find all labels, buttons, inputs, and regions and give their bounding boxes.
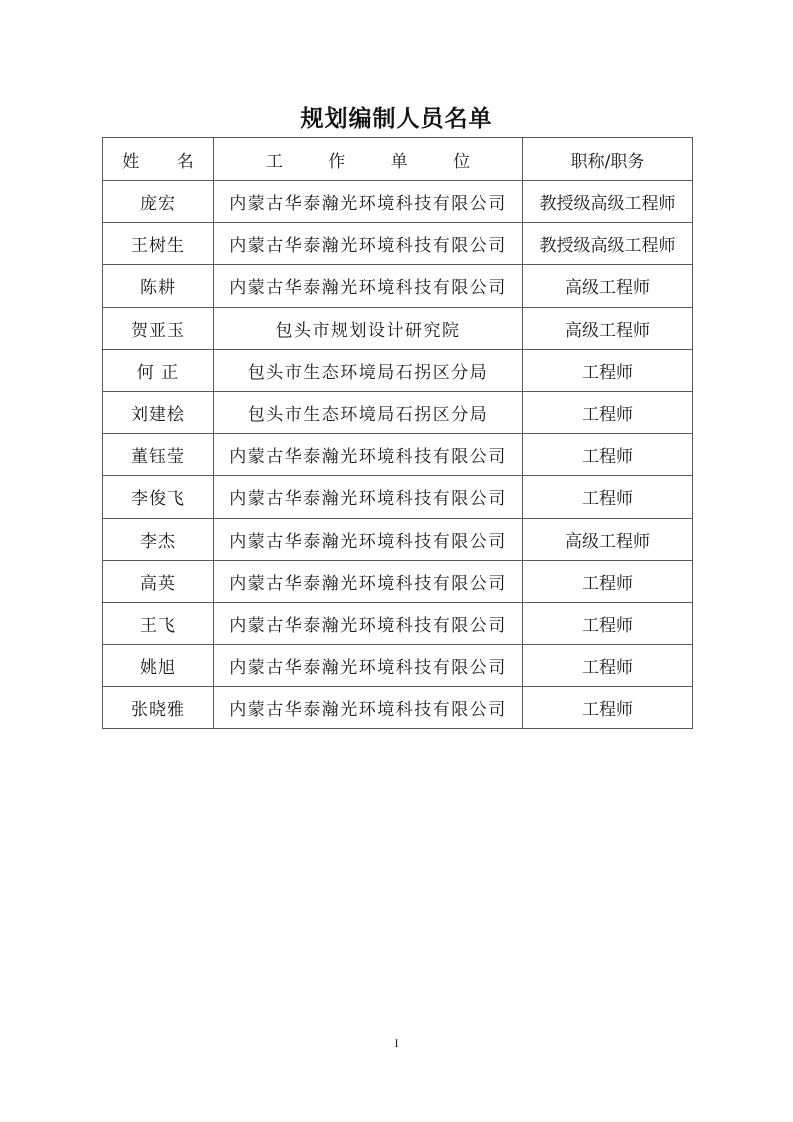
cell-name: 庞宏: [103, 181, 214, 223]
cell-title: 工程师: [523, 349, 693, 391]
cell-title: 高级工程师: [523, 518, 693, 560]
column-header-name: 姓 名: [103, 138, 214, 181]
table-row: 姚旭 内蒙古华泰瀚光环境科技有限公司 工程师: [103, 645, 693, 687]
cell-name: 李杰: [103, 518, 214, 560]
cell-organization: 包头市生态环境局石拐区分局: [214, 391, 523, 433]
cell-title: 工程师: [523, 476, 693, 518]
cell-name: 王树生: [103, 223, 214, 265]
cell-name: 陈耕: [103, 265, 214, 307]
cell-title: 教授级高级工程师: [523, 181, 693, 223]
table-row: 王飞 内蒙古华泰瀚光环境科技有限公司 工程师: [103, 602, 693, 644]
column-header-title: 职称/职务: [523, 138, 693, 181]
page-number: I: [0, 1036, 793, 1051]
cell-title: 工程师: [523, 434, 693, 476]
cell-name: 刘建桧: [103, 391, 214, 433]
cell-organization: 内蒙古华泰瀚光环境科技有限公司: [214, 687, 523, 729]
cell-organization: 内蒙古华泰瀚光环境科技有限公司: [214, 223, 523, 265]
table-row: 庞宏 内蒙古华泰瀚光环境科技有限公司 教授级高级工程师: [103, 181, 693, 223]
cell-name: 王飞: [103, 602, 214, 644]
cell-title: 工程师: [523, 560, 693, 602]
cell-name: 姚旭: [103, 645, 214, 687]
cell-title: 工程师: [523, 645, 693, 687]
column-header-organization: 工 作 单 位: [214, 138, 523, 181]
cell-organization: 包头市生态环境局石拐区分局: [214, 349, 523, 391]
cell-name: 高英: [103, 560, 214, 602]
table-row: 何 正 包头市生态环境局石拐区分局 工程师: [103, 349, 693, 391]
table-row: 王树生 内蒙古华泰瀚光环境科技有限公司 教授级高级工程师: [103, 223, 693, 265]
cell-organization: 内蒙古华泰瀚光环境科技有限公司: [214, 181, 523, 223]
cell-title: 工程师: [523, 602, 693, 644]
cell-organization: 包头市规划设计研究院: [214, 307, 523, 349]
cell-organization: 内蒙古华泰瀚光环境科技有限公司: [214, 476, 523, 518]
cell-title: 工程师: [523, 687, 693, 729]
table-row: 张晓雅 内蒙古华泰瀚光环境科技有限公司 工程师: [103, 687, 693, 729]
cell-name: 张晓雅: [103, 687, 214, 729]
cell-organization: 内蒙古华泰瀚光环境科技有限公司: [214, 602, 523, 644]
cell-title: 高级工程师: [523, 307, 693, 349]
cell-title: 工程师: [523, 391, 693, 433]
cell-name: 何 正: [103, 349, 214, 391]
cell-title: 教授级高级工程师: [523, 223, 693, 265]
cell-organization: 内蒙古华泰瀚光环境科技有限公司: [214, 518, 523, 560]
cell-organization: 内蒙古华泰瀚光环境科技有限公司: [214, 560, 523, 602]
table-row: 高英 内蒙古华泰瀚光环境科技有限公司 工程师: [103, 560, 693, 602]
table-row: 陈耕 内蒙古华泰瀚光环境科技有限公司 高级工程师: [103, 265, 693, 307]
cell-organization: 内蒙古华泰瀚光环境科技有限公司: [214, 434, 523, 476]
cell-organization: 内蒙古华泰瀚光环境科技有限公司: [214, 645, 523, 687]
cell-name: 贺亚玉: [103, 307, 214, 349]
table-row: 贺亚玉 包头市规划设计研究院 高级工程师: [103, 307, 693, 349]
cell-name: 李俊飞: [103, 476, 214, 518]
table-header-row: 姓 名 工 作 单 位 职称/职务: [103, 138, 693, 181]
personnel-table: 姓 名 工 作 单 位 职称/职务 庞宏 内蒙古华泰瀚光环境科技有限公司 教授级…: [102, 137, 693, 729]
table-row: 刘建桧 包头市生态环境局石拐区分局 工程师: [103, 391, 693, 433]
cell-organization: 内蒙古华泰瀚光环境科技有限公司: [214, 265, 523, 307]
table-row: 董钰莹 内蒙古华泰瀚光环境科技有限公司 工程师: [103, 434, 693, 476]
cell-name: 董钰莹: [103, 434, 214, 476]
cell-title: 高级工程师: [523, 265, 693, 307]
table-row: 李俊飞 内蒙古华泰瀚光环境科技有限公司 工程师: [103, 476, 693, 518]
page-title: 规划编制人员名单: [0, 100, 793, 133]
table-row: 李杰 内蒙古华泰瀚光环境科技有限公司 高级工程师: [103, 518, 693, 560]
